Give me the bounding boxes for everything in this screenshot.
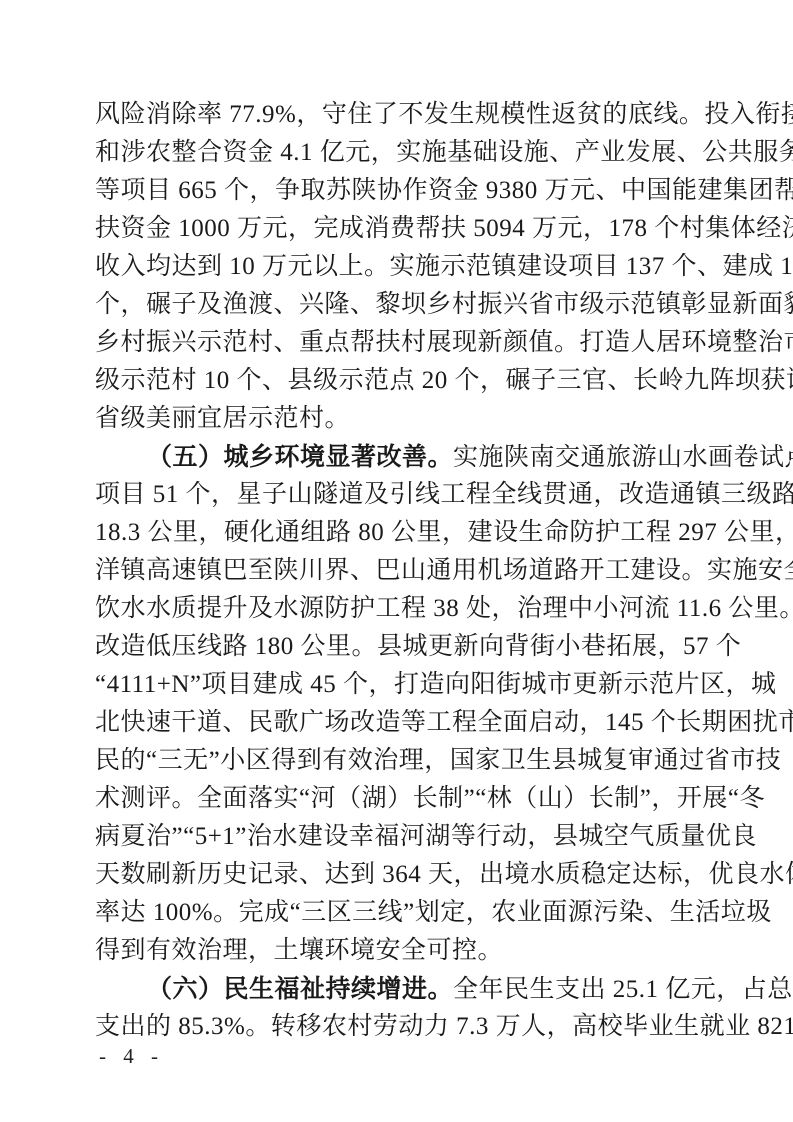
text-line: 风险消除率 77.9%，守住了不发生规模性返贫的底线。投入衔接 xyxy=(95,96,699,134)
text-line: 率达 100%。完成“三区三线”划定，农业面源污染、生活垃圾 xyxy=(95,894,699,932)
text-line: 饮水水质提升及水源防护工程 38 处，治理中小河流 11.6 公里。 xyxy=(95,590,699,628)
text-line: 乡村振兴示范村、重点帮扶村展现新颜值。打造人居环境整治市 xyxy=(95,324,699,362)
text-line: 天数刷新历史记录、达到 364 天，出境水质稳定达标，优良水体 xyxy=(95,856,699,894)
text-line: 北快速干道、民歌广场改造等工程全面启动，145 个长期困扰市 xyxy=(95,704,699,742)
section-heading-6: （六）民生福祉持续增进。 xyxy=(147,975,453,1003)
text-line: 项目 51 个，星子山隧道及引线工程全线贯通，改造通镇三级路 xyxy=(95,476,699,514)
document-page: 风险消除率 77.9%，守住了不发生规模性返贫的底线。投入衔接 和涉农整合资金 … xyxy=(0,0,793,1122)
text-line: 18.3 公里，硬化通组路 80 公里，建设生命防护工程 297 公里， xyxy=(95,514,699,552)
text-line: 得到有效治理，土壤环境安全可控。 xyxy=(95,932,699,970)
text-line: 改造低压线路 180 公里。县城更新向背街小巷拓展，57 个 xyxy=(95,628,699,666)
page-number: - 4 - xyxy=(99,1044,164,1069)
paragraph-lead-line: （五）城乡环境显著改善。实施陕南交通旅游山水画卷试点 xyxy=(95,438,699,476)
text-line: 术测评。全面落实“河（湖）长制”“林（山）长制”，开展“冬 xyxy=(95,780,699,818)
text-line: 支出的 85.3%。转移农村劳动力 7.3 万人，高校毕业生就业 821 xyxy=(95,1008,699,1046)
text-segment: 全年民生支出 25.1 亿元，占总 xyxy=(453,976,793,1003)
section-heading-5: （五）城乡环境显著改善。 xyxy=(147,443,453,471)
text-line: 病夏治”“5+1”治水建设幸福河湖等行动，县城空气质量优良 xyxy=(95,818,699,856)
text-line: 扶资金 1000 万元，完成消费帮扶 5094 万元，178 个村集体经济 xyxy=(95,210,699,248)
text-line: 洋镇高速镇巴至陕川界、巴山通用机场道路开工建设。实施安全 xyxy=(95,552,699,590)
body-text: 风险消除率 77.9%，守住了不发生规模性返贫的底线。投入衔接 和涉农整合资金 … xyxy=(95,96,699,1046)
paragraph-lead-line: （六）民生福祉持续增进。全年民生支出 25.1 亿元，占总 xyxy=(95,970,699,1008)
text-line: 省级美丽宜居示范村。 xyxy=(95,400,699,438)
text-line: 个，碾子及渔渡、兴隆、黎坝乡村振兴省市级示范镇彰显新面貌， xyxy=(95,286,699,324)
text-line: 等项目 665 个，争取苏陕协作资金 9380 万元、中国能建集团帮 xyxy=(95,172,699,210)
text-segment: 实施陕南交通旅游山水画卷试点 xyxy=(453,444,793,471)
text-line: 和涉农整合资金 4.1 亿元，实施基础设施、产业发展、公共服务 xyxy=(95,134,699,172)
text-line: 收入均达到 10 万元以上。实施示范镇建设项目 137 个、建成 128 xyxy=(95,248,699,286)
text-line: 级示范村 10 个、县级示范点 20 个，碾子三官、长岭九阵坝获评 xyxy=(95,362,699,400)
text-line: “4111+N”项目建成 45 个，打造向阳街城市更新示范片区，城 xyxy=(95,666,699,704)
text-line: 民的“三无”小区得到有效治理，国家卫生县城复审通过省市技 xyxy=(95,742,699,780)
